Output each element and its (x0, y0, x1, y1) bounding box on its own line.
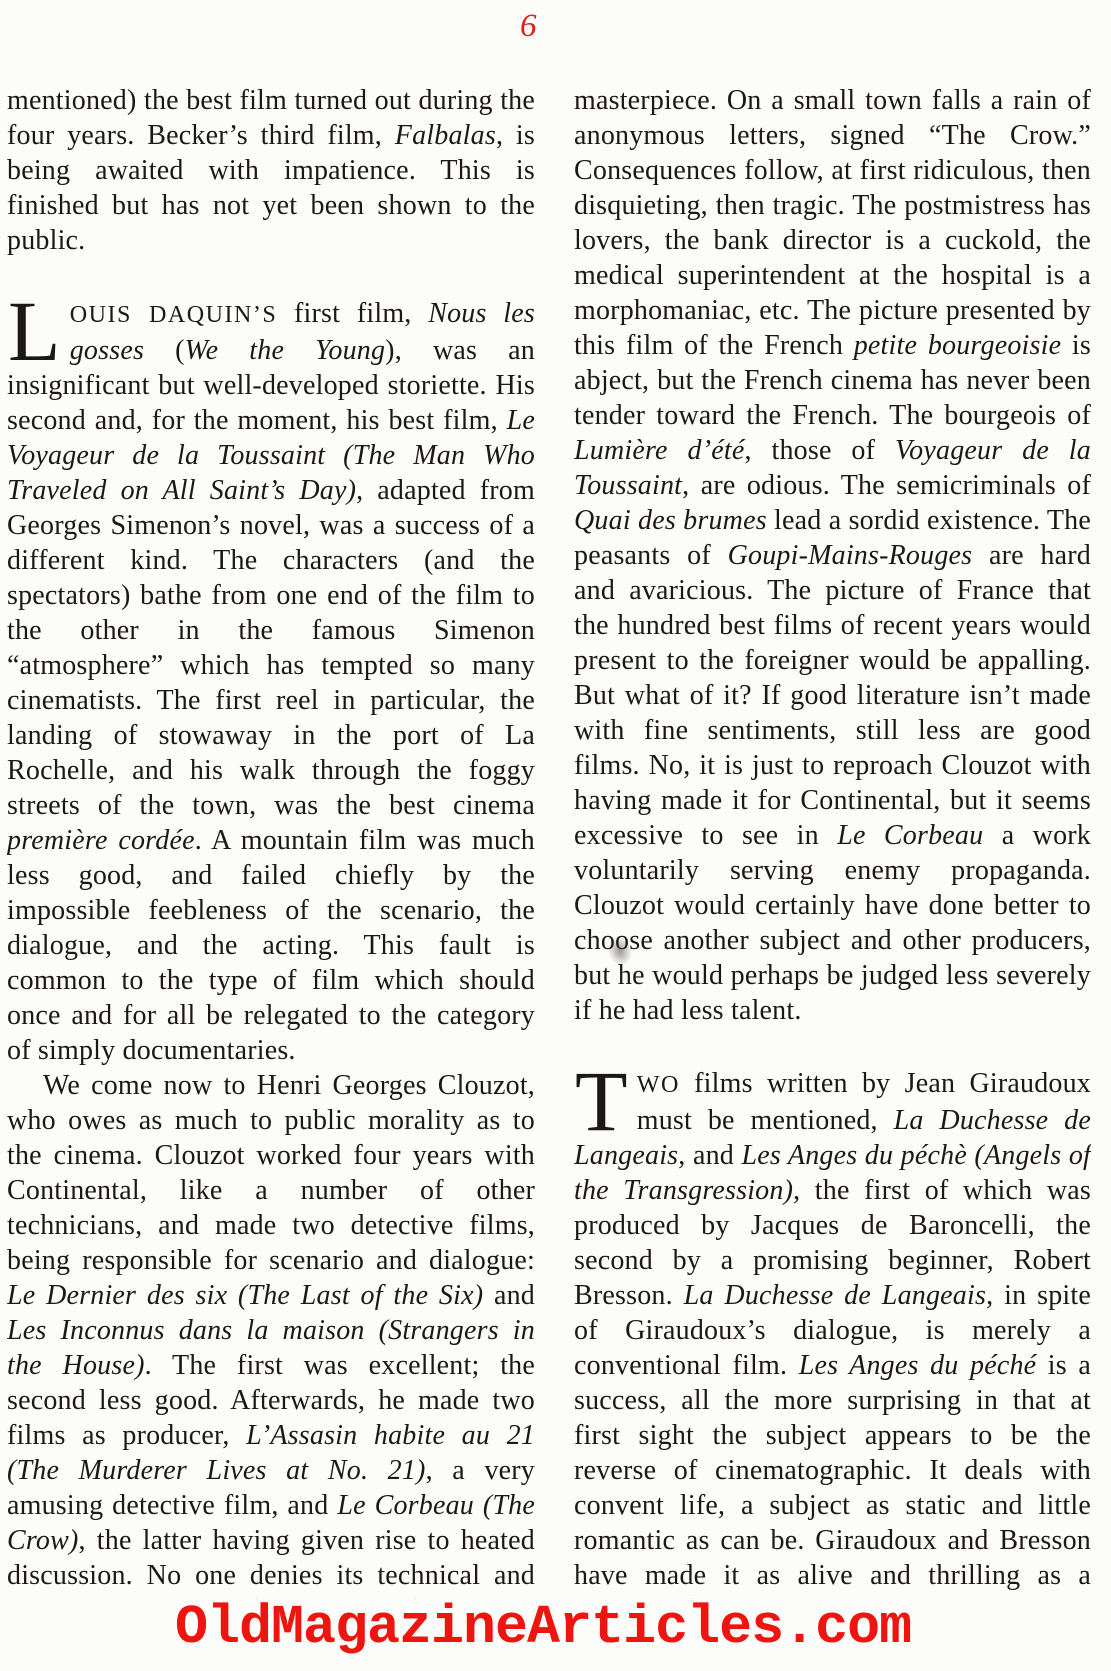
text-segment: Lumière d’été (574, 435, 744, 466)
text-segment: is a success, all the more surprising in… (574, 1350, 1091, 1599)
text-segment: . A mountain film was much less good, an… (7, 825, 535, 1066)
paragraph: TWO films written by Jean Giraudoux must… (574, 1066, 1091, 1599)
text-segment: are hard and avaricious. The picture of … (574, 540, 1091, 851)
text-segment: , those of (744, 435, 895, 466)
text-segment: OUIS DAQUIN’S (70, 302, 278, 328)
page-number: 6 (520, 8, 537, 45)
right-column: masterpiece. On a small town falls a rai… (574, 83, 1091, 1599)
text-segment: Falbalas (395, 120, 496, 151)
text-segment: masterpiece. On a small town falls a rai… (574, 85, 1091, 361)
text-segment: , and (678, 1140, 741, 1171)
text-segment: first film, (277, 298, 428, 329)
text-segment: Le Corbeau (837, 820, 983, 851)
left-column: mentioned) the best film turned out duri… (7, 83, 535, 1599)
text-segment: La Duchesse de Langeais (684, 1280, 986, 1311)
text-segment: , adapted from Georges Simenon’s novel, … (7, 475, 535, 821)
text-segment: WO (637, 1072, 680, 1098)
drop-cap: T (574, 1066, 637, 1132)
paragraph: LOUIS DAQUIN’S first film, Nous les goss… (7, 296, 535, 1068)
watermark: OldMagazineArticles.com (175, 1596, 911, 1659)
text-segment: Les Anges du péché (799, 1350, 1037, 1381)
text-segment: ( (144, 335, 185, 366)
text-segment: petite bourgeoisie (854, 330, 1061, 361)
article-columns: mentioned) the best film turned out duri… (7, 83, 1091, 1599)
drop-cap: L (7, 296, 70, 362)
text-segment: première cordée (7, 825, 195, 856)
paragraph: We come now to Henri Georges Clouzot, wh… (7, 1068, 535, 1599)
text-segment: Goupi-Mains-Rouges (728, 540, 973, 571)
text-segment: , the latter having given rise to heated… (7, 1525, 535, 1599)
magazine-page: 6 mentioned) the best film turned out du… (0, 0, 1111, 1671)
text-segment: and (483, 1280, 535, 1311)
paragraph: masterpiece. On a small town falls a rai… (574, 83, 1091, 1028)
text-segment: Le Dernier des six (The Last of the Six) (7, 1280, 483, 1311)
text-segment: We the Young (185, 335, 386, 366)
text-segment: Quai des brumes (574, 505, 767, 536)
paragraph: mentioned) the best film turned out duri… (7, 83, 535, 258)
text-segment: We come now to Henri Georges Clouzot, wh… (7, 1070, 535, 1276)
text-segment: , are odious. The semicriminals of (682, 470, 1091, 501)
